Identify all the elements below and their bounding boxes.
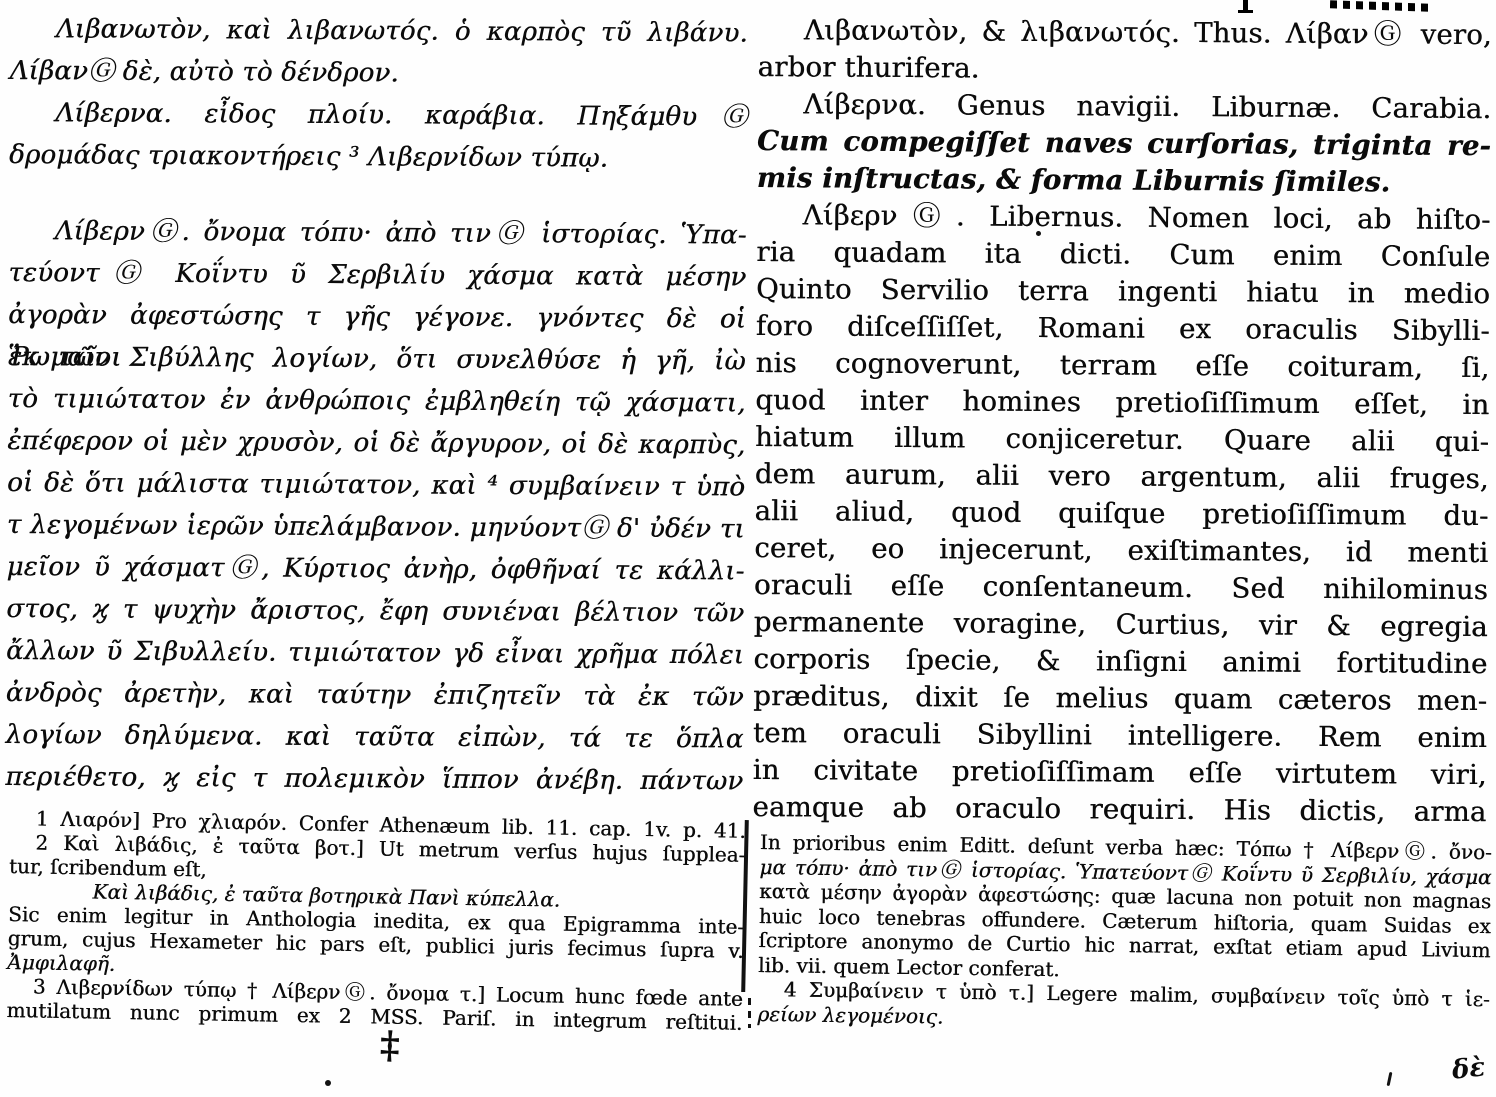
greek-text-line: ΛίβανⒼ δὲ, αὐτὸ τὸ δένδρον. — [9, 50, 747, 97]
greek-text-line: ἐκ τῶν Σιβύλλης λογίων, ὅτι συνελθύσε ἡ … — [8, 336, 746, 383]
greek-text-line: μεῖον ῦ χάσματⒼ, Κύρτιος ἀνὴρ, ὀφθῆναί τ… — [6, 546, 744, 593]
greek-text-line: δρομάδας τριακοντήρεις ³ Λιβερνίδων τύπῳ… — [9, 134, 747, 181]
greek-text-line: τὸ τιμιώτατον ἐν ἀνθρώποις ἐμβληθείη τῷ … — [7, 378, 745, 425]
left-column-footnotes: 1 Λιαρόν] Pro χλιαρόν. Confer Athenæum l… — [6, 806, 746, 1035]
latin-text-line: Quinto Servilio terra ingenti hiatu in m… — [756, 271, 1490, 313]
greek-text-line: ἄλλων ῦ Σιβυλλείυ. τιμιώτατον γδ εἶναι χ… — [6, 630, 744, 677]
right-column-footnotes: In prioribus enim Editt. deſunt verba hæ… — [757, 830, 1492, 1036]
latin-text-line: ΛίβερνⒼ. Libernus. Nomen loci, ab hiſto- — [756, 197, 1490, 239]
latin-text-line: oraculi eſſe conſentaneum. Sed nihilomin… — [754, 567, 1488, 609]
greek-text-line: Λίβερνα. εἶδος πλοίυ. καράβια. ΠηξάμθυⒼ — [9, 92, 747, 139]
cropped-line-fragment-stem — [1243, 0, 1248, 13]
greek-text-line: ἀγορὰν ἀφεστώσης τ γῆς γέγονε. γνόντες δ… — [8, 294, 746, 341]
latin-text-line: mis inſtructas, & forma Liburnis ſimiles… — [757, 160, 1491, 202]
latin-text-line: quod inter homines pretioſiſſimum eſſet,… — [755, 382, 1489, 424]
latin-text-line: ria quadam ita dicti. Cum enim Conſule — [756, 234, 1490, 276]
ink-speck — [1036, 231, 1041, 236]
greek-text-line: λογίων δηλύμενα. καὶ ταῦτα εἰπὼν, τά τε … — [5, 714, 743, 761]
greek-text-line: ἐπέφερον οἱ μὲν χρυσὸν, οἱ δὲ ἄργυρον, ο… — [7, 420, 745, 467]
left-column-main: Λιβανωτὸν, καὶ λιβανωτός. ὁ καρπὸς τῦ λι… — [5, 8, 748, 802]
greek-text-line: ΛίβερνⒼ. ὄνομα τόπυ· ἀπὸ τινⒼ ἱστορίας. … — [9, 210, 747, 257]
right-column-main: Λιβανωτὸν, & λιβανωτός. Thus. ΛίβανⒼ ver… — [752, 12, 1492, 831]
latin-text-line: Cum compegiſſet naves curſorias, trigint… — [757, 123, 1491, 165]
latin-text-line: dem aurum, alii vero argentum, alii frug… — [755, 456, 1489, 498]
latin-text-line: eamque ab oraculo requiri. His dictis, a… — [752, 789, 1486, 831]
latin-text-line: in civitate pretioſiſſimam eſſe virtutem… — [753, 752, 1487, 794]
greek-text-line: οἱ δὲ ὅτι μάλιστα τιμιώτατον, καὶ ⁴ συμβ… — [7, 462, 745, 509]
greek-text-line: τεύοντⒼ Κοΐντυ ῦ Σερβιλίυ χάσμα κατὰ μέσ… — [8, 252, 746, 299]
ink-speck — [1387, 1072, 1393, 1086]
latin-text-line: corporis ſpecie, & inſigni animi fortitu… — [753, 641, 1487, 683]
latin-text-line: permanente voragine, Curtius, vir & egre… — [754, 604, 1488, 646]
latin-text-line: arbor thurifera. — [757, 49, 1491, 91]
latin-text-line: Λιβανωτὸν, & λιβανωτός. Thus. ΛίβανⒼ ver… — [758, 12, 1492, 54]
latin-text-line: ceret, eo injecerunt, exiſtimantes, id m… — [754, 530, 1488, 572]
latin-text-line: hiatum illum conjiceretur. Quare alii qu… — [755, 419, 1489, 461]
latin-text-line: Λίβερνα. Genus navigii. Liburnæ. Carabia… — [757, 86, 1491, 128]
book-page: Λιβανωτὸν, καὶ λιβανωτός. ὁ καρπὸς τῦ λι… — [0, 0, 1496, 1097]
latin-text-line: foro diſceſſiſſet, Romani ex oraculis Si… — [756, 308, 1490, 350]
catchword: δὲ — [1451, 1052, 1487, 1085]
cropped-line-fragment-marks — [1330, 0, 1430, 11]
greek-text-line: περιέθετο, ϗ εἰς τ πολεμικὸν ἵππον ἀνέβη… — [5, 756, 743, 803]
greek-text-line: ἀνδρὸς ἀρετὴν, καὶ ταύτην ἐπιζητεῖν τὰ ἐ… — [6, 672, 744, 719]
latin-text-line: tem oraculi Sibyllini intelligere. Rem e… — [753, 715, 1487, 757]
column-divider-lower — [748, 998, 751, 1028]
latin-text-line: alii aliud, quod quiſque pretioſiſſimum … — [754, 493, 1488, 535]
latin-text-line: nis cognoverunt, terram eſſe coituram, ſ… — [755, 345, 1489, 387]
latin-text-line: præditus, dixit ſe melius quam cæteros m… — [753, 678, 1487, 720]
greek-text-line: Λιβανωτὸν, καὶ λιβανωτός. ὁ καρπὸς τῦ λι… — [10, 8, 748, 55]
ink-speck — [325, 1080, 331, 1086]
greek-text-line: στος, ϗ τ ψυχὴν ἄριστος, ἔφη συνιέναι βέ… — [6, 588, 744, 635]
greek-text-line: τ λεγομένων ἱερῶν ὑπελάμβανον. μηνύοντⒼ … — [7, 504, 745, 551]
signature-mark: ‡ — [379, 1022, 400, 1068]
